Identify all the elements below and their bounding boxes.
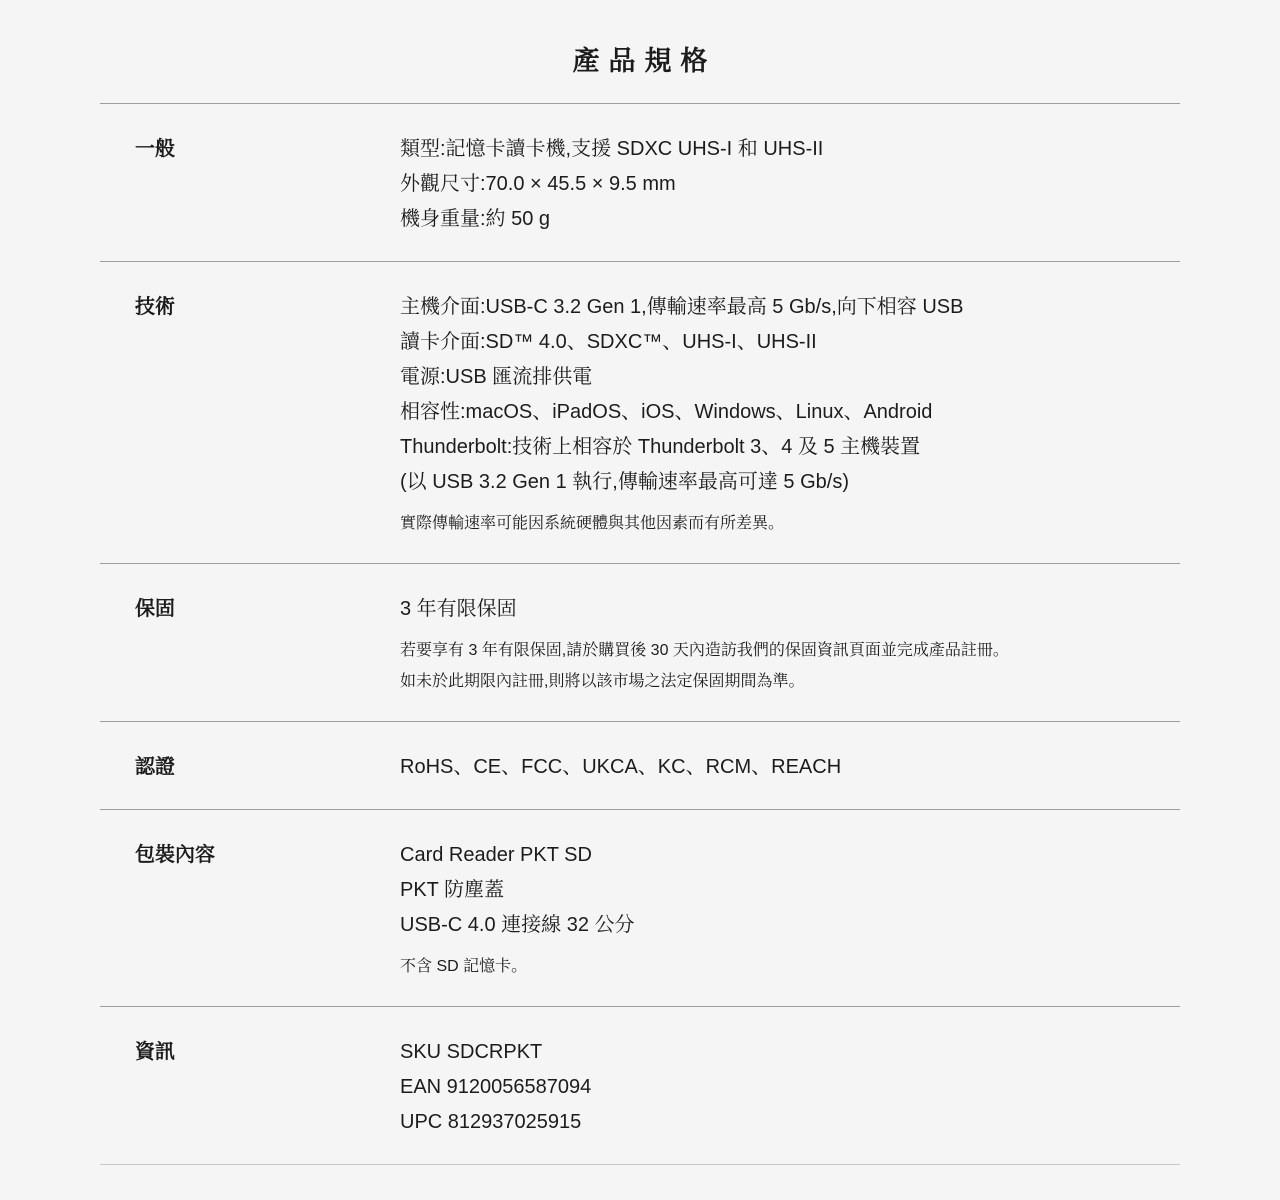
spec-section-general: 一般 類型:記憶卡讀卡機,支援 SDXC UHS-I 和 UHS-II 外觀尺寸… xyxy=(100,103,1180,261)
spec-table: 一般 類型:記憶卡讀卡機,支援 SDXC UHS-I 和 UHS-II 外觀尺寸… xyxy=(100,103,1180,1165)
spec-footnote: 實際傳輸速率可能因系統硬體與其他因素而有所差異。 xyxy=(400,508,1180,539)
section-label-technical: 技術 xyxy=(100,290,400,325)
spec-row: 主機介面:USB-C 3.2 Gen 1,傳輸速率最高 5 Gb/s,向下相容 … xyxy=(400,290,1180,325)
spec-row: SKU SDCRPKT xyxy=(400,1035,1180,1070)
section-label-info: 資訊 xyxy=(100,1035,400,1070)
spec-row: 電源:USB 匯流排供電 xyxy=(400,360,1180,395)
spec-row: 類型:記憶卡讀卡機,支援 SDXC UHS-I 和 UHS-II xyxy=(400,132,1180,167)
spec-row: USB-C 4.0 連接線 32 公分 xyxy=(400,908,1180,943)
spec-row: PKT 防塵蓋 xyxy=(400,873,1180,908)
spec-row: 外觀尺寸:70.0 × 45.5 × 9.5 mm xyxy=(400,167,1180,202)
page-title: 產品規格 xyxy=(100,46,1180,76)
section-content-technical: 主機介面:USB-C 3.2 Gen 1,傳輸速率最高 5 Gb/s,向下相容 … xyxy=(400,290,1180,539)
spec-row: 相容性:macOS、iPadOS、iOS、Windows、Linux、Andro… xyxy=(400,395,1180,430)
section-content-certifications: RoHS、CE、FCC、UKCA、KC、RCM、REACH xyxy=(400,750,1180,785)
spec-row: UPC 812937025915 xyxy=(400,1105,1180,1140)
section-label-warranty: 保固 xyxy=(100,592,400,627)
spec-section-info: 資訊 SKU SDCRPKT EAN 9120056587094 UPC 812… xyxy=(100,1006,1180,1164)
spec-section-technical: 技術 主機介面:USB-C 3.2 Gen 1,傳輸速率最高 5 Gb/s,向下… xyxy=(100,261,1180,563)
spec-footnote: 不含 SD 記憶卡。 xyxy=(400,951,1180,982)
section-content-warranty: 3 年有限保固 若要享有 3 年有限保固,請於購買後 30 天內造訪我們的保固資… xyxy=(400,592,1180,697)
section-label-general: 一般 xyxy=(100,132,400,167)
spec-footnote: 如未於此期限內註冊,則將以該市場之法定保固期間為準。 xyxy=(400,666,1180,697)
spec-row: 機身重量:約 50 g xyxy=(400,202,1180,237)
section-label-certifications: 認證 xyxy=(100,750,400,785)
spec-section-certifications: 認證 RoHS、CE、FCC、UKCA、KC、RCM、REACH xyxy=(100,721,1180,809)
spec-section-package-contents: 包裝內容 Card Reader PKT SD PKT 防塵蓋 USB-C 4.… xyxy=(100,809,1180,1006)
spec-row: RoHS、CE、FCC、UKCA、KC、RCM、REACH xyxy=(400,750,1180,785)
product-spec-page: 產品規格 一般 類型:記憶卡讀卡機,支援 SDXC UHS-I 和 UHS-II… xyxy=(100,0,1180,1165)
spec-row: (以 USB 3.2 Gen 1 執行,傳輸速率最高可達 5 Gb/s) xyxy=(400,465,1180,500)
section-content-package-contents: Card Reader PKT SD PKT 防塵蓋 USB-C 4.0 連接線… xyxy=(400,838,1180,982)
section-label-package-contents: 包裝內容 xyxy=(100,838,400,873)
spec-row: Card Reader PKT SD xyxy=(400,838,1180,873)
spec-row: 讀卡介面:SD™ 4.0、SDXC™、UHS-I、UHS-II xyxy=(400,325,1180,360)
spec-footnote: 若要享有 3 年有限保固,請於購買後 30 天內造訪我們的保固資訊頁面並完成產品… xyxy=(400,635,1180,666)
section-content-info: SKU SDCRPKT EAN 9120056587094 UPC 812937… xyxy=(400,1035,1180,1140)
spec-row: 3 年有限保固 xyxy=(400,592,1180,627)
spec-row: Thunderbolt:技術上相容於 Thunderbolt 3、4 及 5 主… xyxy=(400,430,1180,465)
section-content-general: 類型:記憶卡讀卡機,支援 SDXC UHS-I 和 UHS-II 外觀尺寸:70… xyxy=(400,132,1180,237)
spec-section-warranty: 保固 3 年有限保固 若要享有 3 年有限保固,請於購買後 30 天內造訪我們的… xyxy=(100,563,1180,721)
spec-row: EAN 9120056587094 xyxy=(400,1070,1180,1105)
